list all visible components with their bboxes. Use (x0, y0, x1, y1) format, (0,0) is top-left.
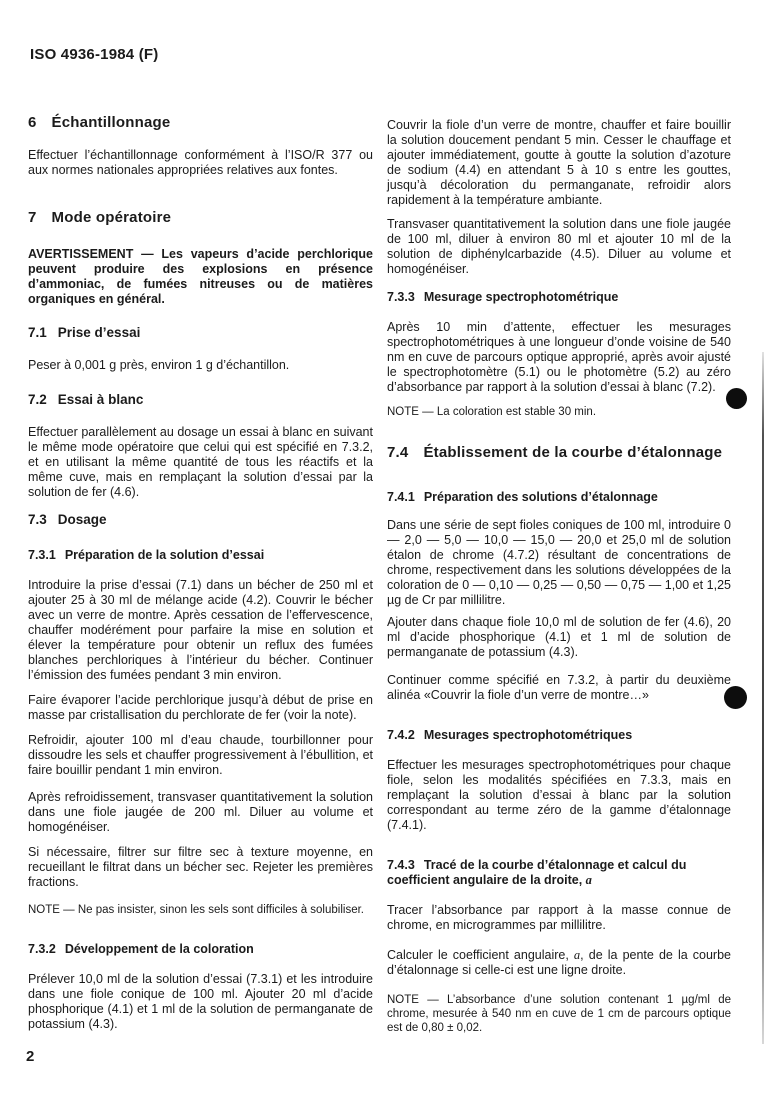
registration-dot-2 (724, 686, 747, 709)
heading-7: 7Mode opératoire (28, 208, 373, 227)
heading-7-3-1: 7.3.1Préparation de la solution d’essai (28, 548, 373, 563)
heading-title: Mesurages spectrophotométriques (424, 728, 632, 742)
heading-7-4-3: 7.4.3Tracé de la courbe d’étalonnage et … (387, 858, 731, 888)
heading-title: Essai à blanc (58, 392, 144, 407)
paragraph: Dans une série de sept fioles coniques d… (387, 518, 731, 608)
page-number: 2 (26, 1048, 34, 1065)
heading-title: Échantillonnage (52, 114, 171, 131)
heading-7-2: 7.2Essai à blanc (28, 392, 373, 408)
heading-number: 7.3.1 (28, 548, 56, 562)
heading-number: 7.2 (28, 392, 47, 407)
heading-7-4: 7.4Établissement de la courbe d’étalonna… (387, 443, 731, 462)
paragraph: Après 10 min d’attente, effectuer les me… (387, 320, 731, 395)
heading-title: Dosage (58, 512, 107, 527)
heading-title-variable: a (586, 873, 592, 887)
paragraph: Introduire la prise d’essai (7.1) dans u… (28, 578, 373, 683)
registration-dot-1 (726, 388, 747, 409)
paragraph: Transvaser quantitativement la solution … (387, 217, 731, 277)
paragraph-text: Calculer le coefficient angulaire, (387, 948, 574, 962)
right-column: Couvrir la fiole d’un verre de montre, c… (387, 0, 731, 1035)
heading-7-3-2: 7.3.2Développement de la coloration (28, 942, 373, 957)
paragraph: Refroidir, ajouter 100 ml d’eau chaude, … (28, 733, 373, 778)
heading-number: 7.1 (28, 325, 47, 340)
left-column: 6Échantillonnage Effectuer l’échantillon… (28, 0, 373, 1032)
paragraph: Si nécessaire, filtrer sur filtre sec à … (28, 845, 373, 890)
paragraph: Prélever 10,0 ml de la solution d’essai … (28, 972, 373, 1032)
heading-number: 7 (28, 209, 37, 226)
paragraph: Couvrir la fiole d’un verre de montre, c… (387, 118, 731, 208)
heading-number: 7.3.2 (28, 942, 56, 956)
heading-number: 7.4 (387, 444, 408, 461)
paragraph: Effectuer l’échantillonnage conformément… (28, 148, 373, 178)
heading-number: 7.4.1 (387, 490, 415, 504)
heading-6: 6Échantillonnage (28, 113, 373, 132)
heading-number: 7.4.3 (387, 858, 415, 872)
page-edge-scan-line (762, 352, 764, 1044)
note: NOTE — L’absorbance d’une solution conte… (387, 993, 731, 1035)
heading-title: Tracé de la courbe d’étalonnage et calcu… (387, 858, 686, 887)
heading-title: Développement de la coloration (65, 942, 254, 956)
heading-number: 7.3 (28, 512, 47, 527)
paragraph: Effectuer parallèlement au dosage un ess… (28, 425, 373, 500)
heading-title: Établissement de la courbe d’étalonnage (423, 444, 722, 461)
heading-number: 6 (28, 114, 37, 131)
heading-title: Préparation des solutions d’étalonnage (424, 490, 658, 504)
heading-7-3-3: 7.3.3Mesurage spectrophotométrique (387, 290, 731, 305)
paragraph: Continuer comme spécifié en 7.3.2, à par… (387, 673, 731, 703)
paragraph: Effectuer les mesurages spectrophotométr… (387, 758, 731, 833)
paragraph: Après refroidissement, transvaser quanti… (28, 790, 373, 835)
document-page: ISO 4936-1984 (F) 6Échantillonnage Effec… (0, 0, 768, 1105)
paragraph: Calculer le coefficient angulaire, a, de… (387, 948, 731, 978)
heading-7-4-1: 7.4.1Préparation des solutions d’étalonn… (387, 490, 731, 505)
heading-title: Mode opératoire (52, 209, 172, 226)
heading-7-1: 7.1Prise d’essai (28, 325, 373, 341)
heading-title: Préparation de la solution d’essai (65, 548, 264, 562)
note: NOTE — La coloration est stable 30 min. (387, 405, 731, 419)
note: NOTE — Ne pas insister, sinon les sels s… (28, 903, 373, 917)
warning-paragraph: AVERTISSEMENT — Les vapeurs d’acide perc… (28, 247, 373, 307)
paragraph: Tracer l’absorbance par rapport à la mas… (387, 903, 731, 933)
heading-number: 7.4.2 (387, 728, 415, 742)
heading-title: Prise d’essai (58, 325, 141, 340)
heading-title: Mesurage spectrophotométrique (424, 290, 618, 304)
paragraph: Peser à 0,001 g près, environ 1 g d’écha… (28, 358, 373, 373)
heading-7-4-2: 7.4.2Mesurages spectrophotométriques (387, 728, 731, 743)
paragraph: Faire évaporer l’acide perchlorique jusq… (28, 693, 373, 723)
heading-7-3: 7.3Dosage (28, 512, 373, 528)
heading-number: 7.3.3 (387, 290, 415, 304)
paragraph: Ajouter dans chaque fiole 10,0 ml de sol… (387, 615, 731, 660)
